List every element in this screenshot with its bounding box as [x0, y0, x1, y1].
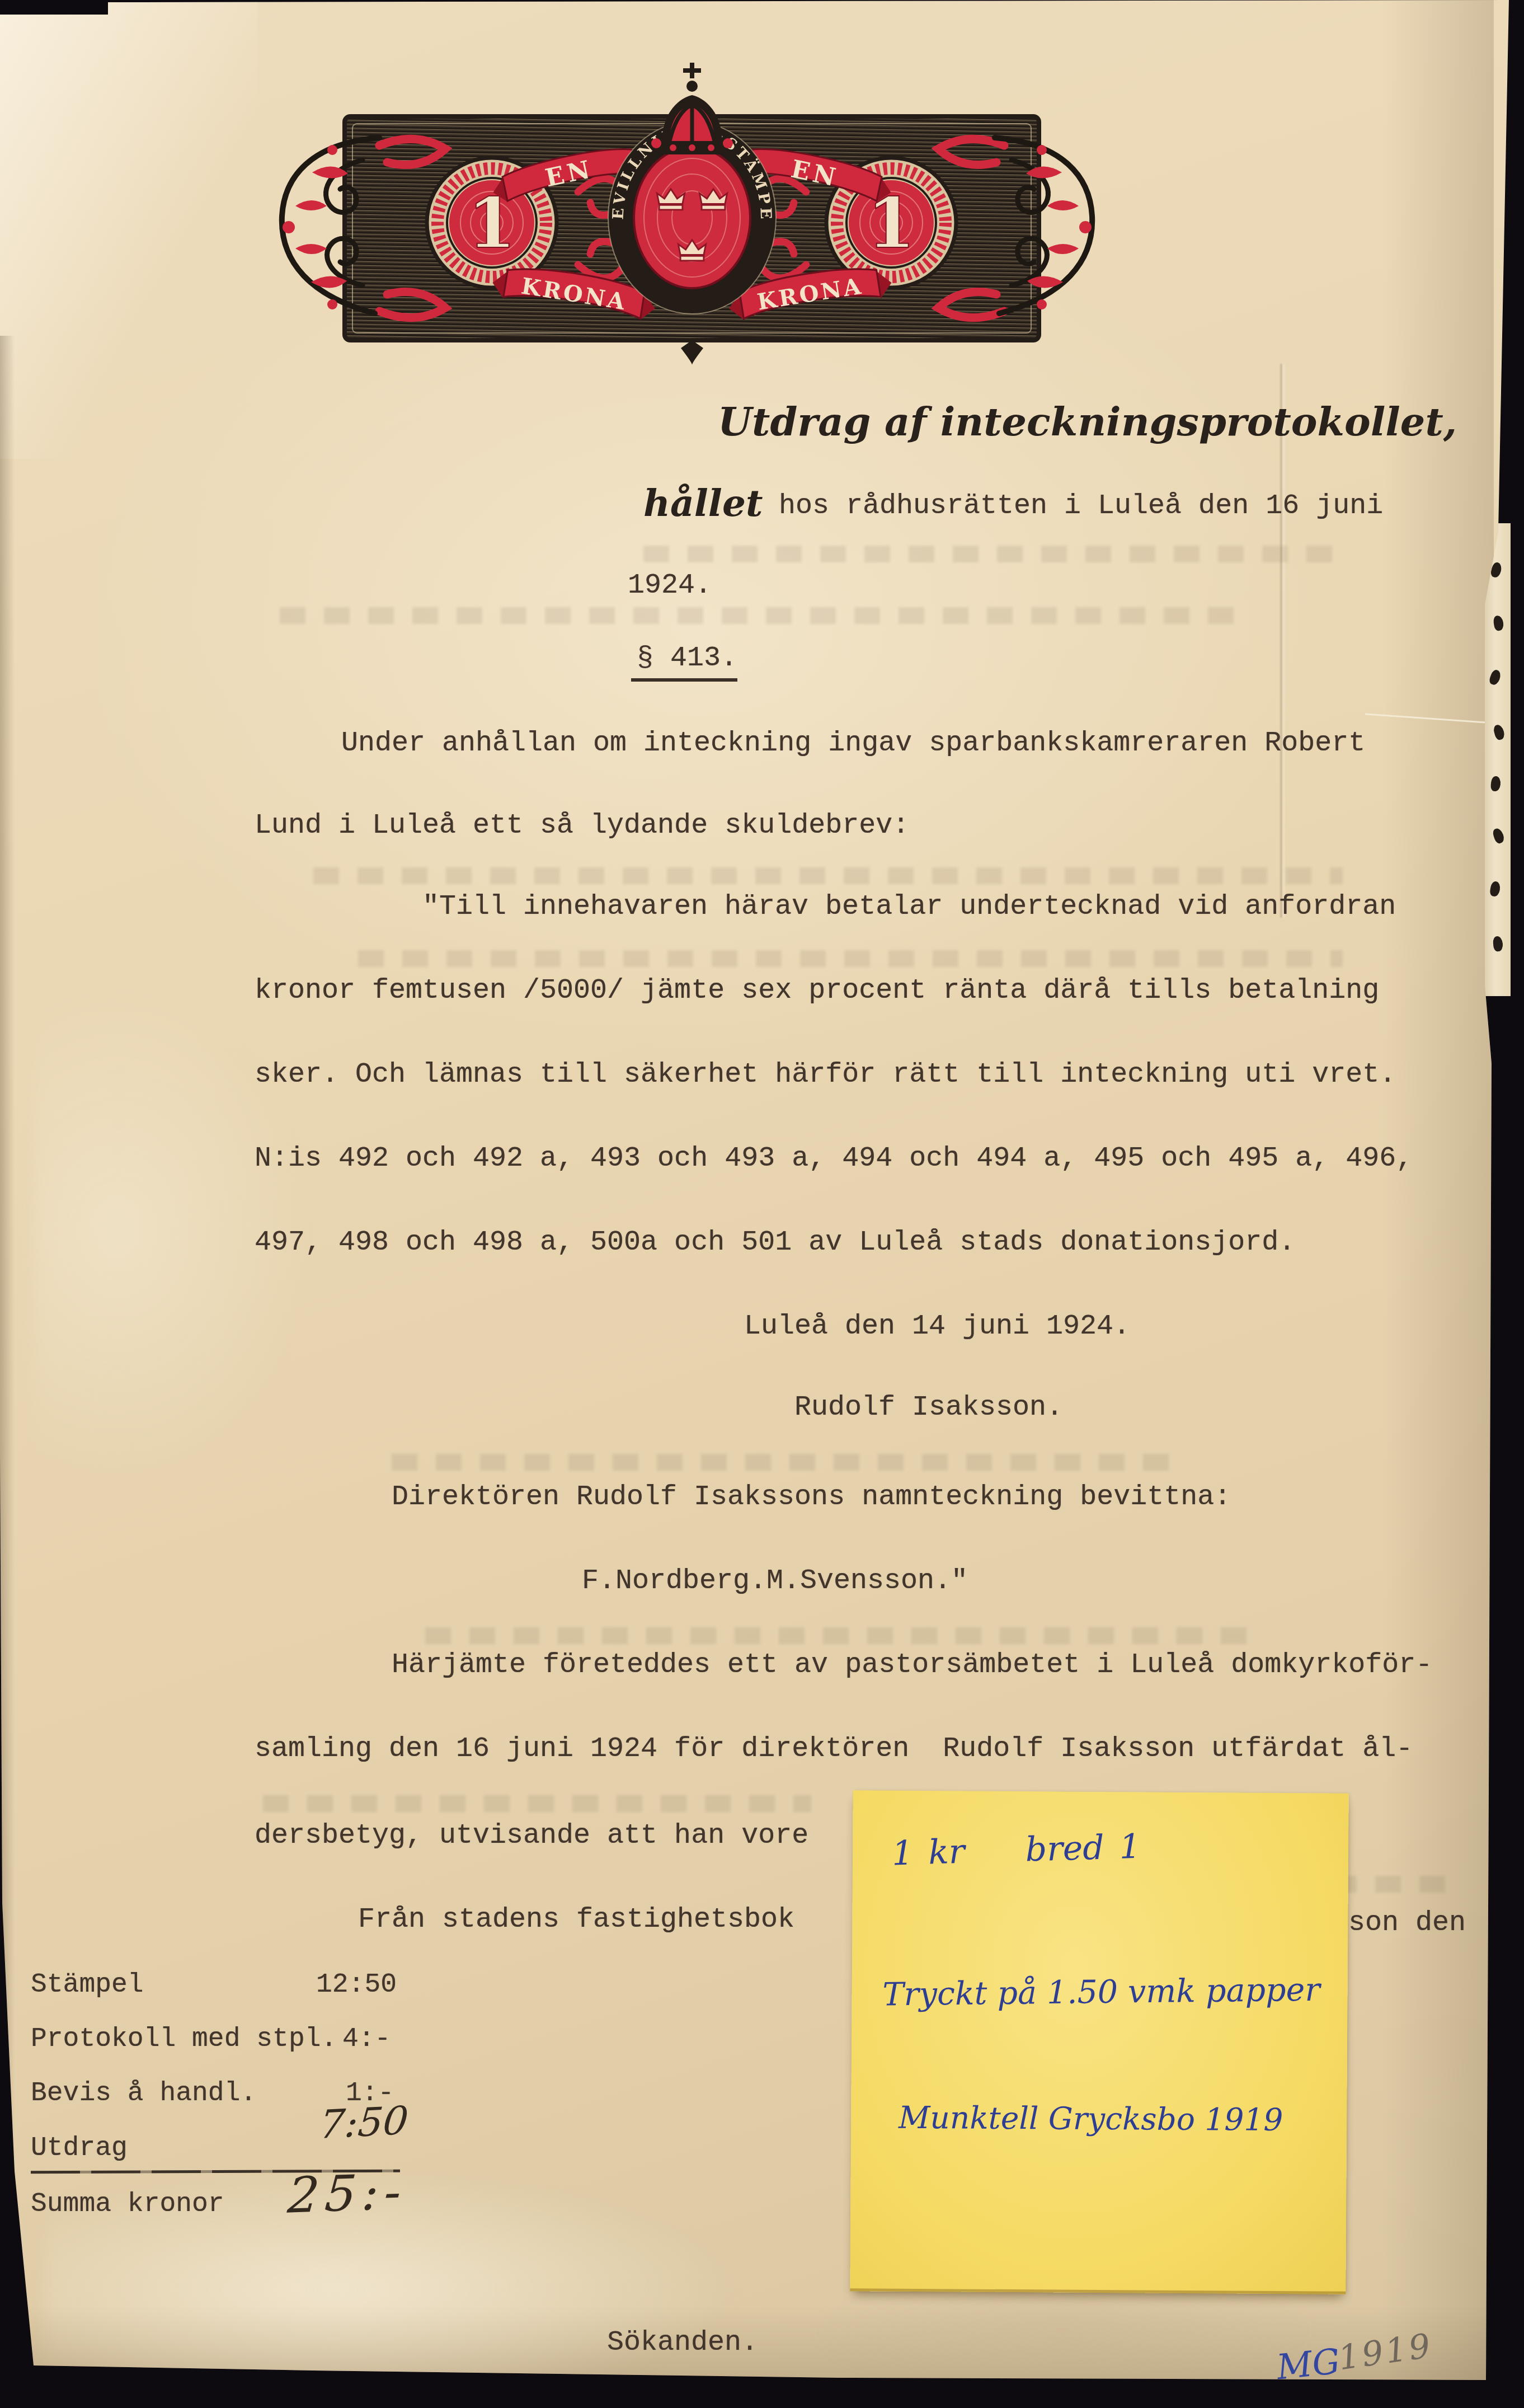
- body-line: F.Nordberg.M.Svensson.": [582, 1565, 968, 1597]
- body-line: kronor femtusen /5000/ jämte sex procent…: [255, 975, 1379, 1007]
- edge-print-mark: [1493, 724, 1506, 740]
- document-subtitle-typed: hos rådhusrätten i Luleå den 16 juni: [779, 490, 1383, 522]
- fee-value: 12:50: [316, 1970, 397, 2000]
- fee-label: Protokoll med stpl.: [31, 2024, 337, 2054]
- body-line: Under anhållan om inteckning ingav sparb…: [341, 727, 1365, 759]
- body-line: "Till innehavaren härav betalar undertec…: [422, 891, 1396, 923]
- body-line: sker. Och lämnas till säkerhet härför rä…: [255, 1059, 1396, 1091]
- body-line: Rudolf Isaksson.: [794, 1392, 1063, 1424]
- fee-label: Stämpel: [31, 1970, 144, 2000]
- sticky-note-line: Tryckt på 1.50 vmk papper: [882, 1972, 1320, 2013]
- bleed-through-text: [358, 950, 1343, 967]
- bleed-through-text: [263, 1795, 811, 1812]
- scanned-document-photo: 1 1 EN EN KRON: [0, 0, 1524, 2408]
- sticky-note-line: 1 kr bred 1: [891, 1827, 1141, 1874]
- bleed-through-text: [643, 546, 1343, 562]
- bleed-through-text: [280, 607, 1242, 624]
- fee-label: Summa kronor: [31, 2189, 224, 2219]
- section-underline: [631, 678, 737, 682]
- edge-print-mark: [1490, 776, 1502, 792]
- fee-value-handwritten: 25:-: [286, 2162, 408, 2224]
- edge-print-mark: [1489, 881, 1501, 898]
- fee-label: Bevis å handl.: [31, 2078, 256, 2109]
- document-subtitle-lead: hållet: [643, 481, 763, 525]
- revenue-stamp-en-krona: 1 1 EN EN KRON: [211, 60, 1163, 365]
- body-line: samling den 16 juni 1924 för direktören …: [255, 1733, 1413, 1765]
- body-line: Härjämte företeddes ett av pastorsämbete…: [392, 1649, 1432, 1681]
- body-line: Luleå den 14 juni 1924.: [744, 1311, 1130, 1343]
- year-line: 1924.: [628, 570, 712, 602]
- section-number: § 413.: [637, 642, 737, 674]
- collector-initials-pen: MG: [1274, 2340, 1342, 2387]
- edge-print-mark: [1493, 615, 1504, 631]
- body-line: Från stadens fastighetsbok: [358, 1904, 794, 1936]
- body-line: N:is 492 och 492 a, 493 och 493 a, 494 o…: [255, 1143, 1413, 1175]
- edge-print-mark: [1488, 669, 1502, 686]
- edge-print-mark: [1492, 827, 1506, 844]
- body-line: Direktören Rudolf Isakssons namnteckning…: [392, 1481, 1231, 1513]
- body-line: dersbetyg, utvisande att han vore: [255, 1820, 808, 1852]
- right-edge-shading: [1382, 0, 1494, 2384]
- bleed-through-text: [425, 1627, 1264, 1644]
- bleed-through-text: [392, 1454, 1186, 1471]
- fee-value-handwritten: 7:50: [318, 2097, 410, 2148]
- sticky-note-line: Munktell Grycksbo 1919: [899, 2100, 1283, 2138]
- document-title: Utdrag af inteckningsprotokollet,: [718, 398, 1457, 445]
- body-line: 497, 498 och 498 a, 500a och 501 av Lule…: [255, 1227, 1295, 1259]
- sticky-note: 1 kr bred 1 Tryckt på 1.50 vmk papper Mu…: [850, 1790, 1348, 2294]
- vertical-crease: [1280, 364, 1282, 918]
- body-line: Lund i Luleå ett så lydande skuldebrev:: [255, 810, 909, 842]
- fee-value: 4:-: [342, 2024, 391, 2054]
- bleed-through-text: [313, 867, 1343, 884]
- crown-icon: [651, 63, 733, 154]
- left-edge-shading: [0, 336, 15, 2238]
- fee-label: Utdrag: [31, 2133, 128, 2163]
- body-line-fragment: son den: [1348, 1907, 1466, 1939]
- edge-print-mark: [1493, 936, 1503, 951]
- closing-word: Sökanden.: [607, 2327, 758, 2359]
